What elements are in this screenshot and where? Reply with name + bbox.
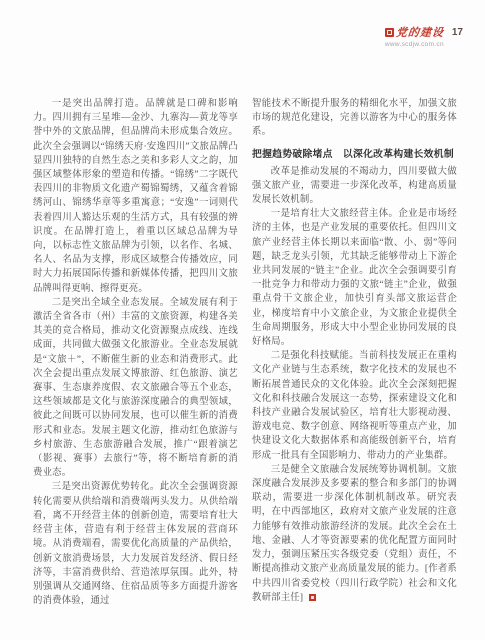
paragraph-coordination-text: 三是健全文旅融合发展统筹协调机制。文旅深度融合发展涉及多要素的整合和多部门的协调…: [252, 465, 457, 603]
paragraph-continuation: 智能技术不断提升服务的精细化水平，加强文旅市场的规范化建设，完善以游客为中心的服…: [252, 97, 457, 140]
paragraph-reform-intro: 改革是推动发展的不竭动力，四川要做大做强文旅产业，需要进一步深化改革，构建高质量…: [252, 165, 457, 208]
brand-logo-row: 党的建设: [385, 24, 444, 40]
brand-logo: 党的建设 www.scdjw.com.cn: [385, 24, 444, 48]
paragraph-brand-building: 一是突出品牌打造。品牌就是口碑和影响力。四川拥有三星堆—金沙、九寨沟—黄龙等享誉…: [33, 97, 238, 296]
article-end-mark-icon: [309, 594, 316, 601]
page-header: 党的建设 www.scdjw.com.cn 17: [385, 24, 463, 48]
paragraph-coordination-mechanism: 三是健全文旅融合发展统筹协调机制。文旅深度融合发展涉及多要素的整合和多部门的协调…: [252, 463, 457, 605]
paragraph-cultivate-enterprises: 一是培育壮大文旅经营主体。企业是市场经济的主体，也是产业发展的重要依托。但四川文…: [252, 207, 457, 349]
paragraph-resource-transformation: 三是突出资源优势转化。此次全会强调资源转化需要从供给端和消费端两头发力。从供给端…: [33, 480, 238, 608]
brand-url: www.scdjw.com.cn: [385, 41, 444, 48]
page-number: 17: [452, 24, 463, 38]
brand-title: 党的建设: [395, 24, 445, 40]
magazine-page: 党的建设 www.scdjw.com.cn 17 一是突出品牌打造。品牌就是口碑…: [0, 0, 485, 640]
left-column: 一是突出品牌打造。品牌就是口碑和影响力。四川拥有三星堆—金沙、九寨沟—黄龙等享誉…: [33, 97, 238, 608]
paragraph-all-domain-development: 二是突出全域全业态发展。全域发展有利于激活全省各市（州）丰富的文旅资源，构建各美…: [33, 296, 238, 481]
brand-seal-icon: [385, 28, 394, 37]
article-body: 一是突出品牌打造。品牌就是口碑和影响力。四川拥有三星堆—金沙、九寨沟—黄龙等享誉…: [33, 97, 457, 608]
right-column: 智能技术不断提升服务的精细化水平，加强文旅市场的规范化建设，完善以游客为中心的服…: [252, 97, 457, 608]
section-heading: 把握趋势破除堵点 以深化改革构建长效机制: [252, 148, 457, 162]
paragraph-technology-empowerment: 二是强化科技赋能。当前科技发展正在重构文化产业链与生态系统，数字化技术的发展也不…: [252, 349, 457, 463]
